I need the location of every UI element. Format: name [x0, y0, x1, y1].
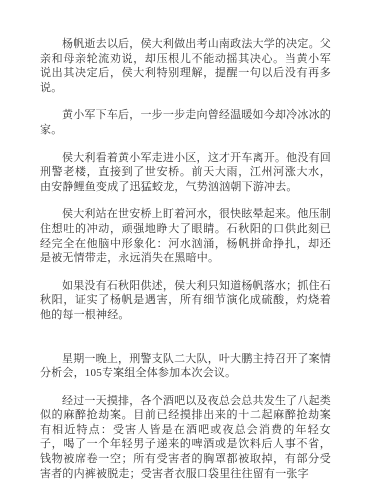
paragraph-1: 杨帆逝去以后，侯大利做出考山南政法大学的决定。父亲和母亲轮流劝说，却压根儿不能动… — [40, 37, 331, 95]
paragraph-4: 侯大利站在世安桥上盯着河水，很快眩晕起来。他压制住想吐的冲动，顽强地睁大了眼睛。… — [40, 207, 331, 265]
paragraph-2: 黄小军下车后，一步一步走向曾经温暖如今却冷冰冰的家。 — [40, 108, 331, 137]
paragraph-5: 如果没有石秋阳供述，侯大利只知道杨帆落水；抓住石秋阳，证实了杨帆是遇害，所有细节… — [40, 279, 331, 323]
reader-page: 杨帆逝去以后，侯大利做出考山南政法大学的决定。父亲和母亲轮流劝说，却压根儿不能动… — [0, 0, 370, 480]
paragraph-7: 经过一天摸排，各个酒吧以及夜总会总共发生了八起类似的麻醉抢劫案。目前已经摸排出来… — [40, 394, 331, 480]
paragraph-3: 侯大利看着黄小军走进小区，这才开车离开。他没有回刑警老楼，直接到了世安桥。前天大… — [40, 151, 331, 195]
paragraph-6: 星期一晚上，刑警支队二大队，叶大鹏主持召开了案情分析会，105专案组全体参加本次… — [40, 352, 331, 381]
